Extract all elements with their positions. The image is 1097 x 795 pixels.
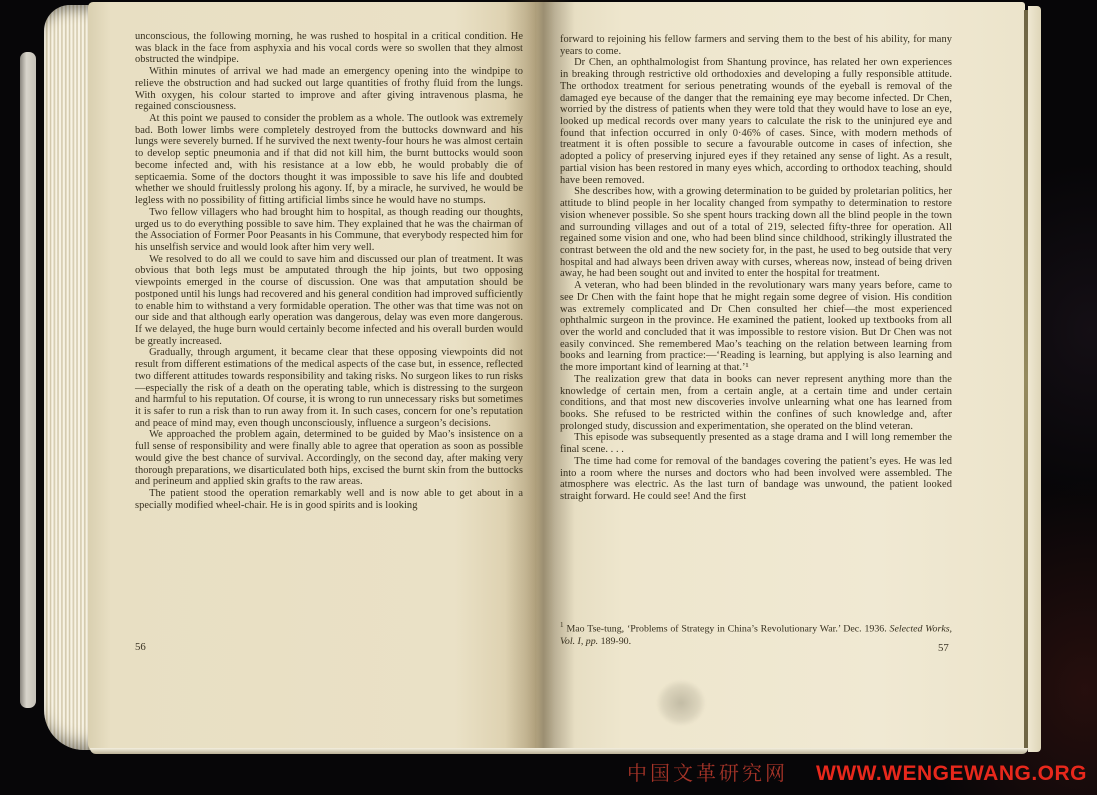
watermark-site-name: 中国文革研究网 [627, 757, 788, 786]
paragraph: She describes how, with a growing determ… [560, 186, 952, 280]
left-page-stack-edges [44, 5, 92, 750]
left-page-text: unconscious, the following morning, he w… [135, 31, 523, 511]
book-photo-scene: unconscious, the following morning, he w… [0, 0, 1097, 795]
paragraph: A veteran, who had been blinded in the r… [560, 280, 952, 374]
book-cover-edge [20, 52, 36, 708]
paragraph: We approached the problem again, determi… [135, 429, 523, 488]
watermark-site-url: WWW.WENGEWANG.ORG [816, 762, 1087, 786]
paragraph: Two fellow villagers who had brought him… [135, 207, 523, 254]
book-bottom-edge [90, 748, 1028, 754]
paragraph: Gradually, through argument, it became c… [135, 347, 523, 429]
footnote-tail: 189-90. [598, 636, 631, 647]
paragraph: The time had come for removal of the ban… [560, 456, 952, 503]
page-stain [648, 672, 714, 734]
footnote: 1Mao Tse-tung, ‘Problems of Strategy in … [560, 619, 952, 648]
paragraph: unconscious, the following morning, he w… [135, 31, 523, 66]
footnote-text: Mao Tse-tung, ‘Problems of Strategy in C… [567, 623, 890, 634]
footnote-marker: 1 [560, 621, 564, 629]
right-page-edge-strip [1028, 6, 1041, 752]
right-page-text: forward to rejoining his fellow farmers … [560, 34, 952, 503]
paragraph: We resolved to do all we could to save h… [135, 254, 523, 348]
paragraph: Dr Chen, an ophthalmologist from Shantun… [560, 57, 952, 186]
paragraph: forward to rejoining his fellow farmers … [560, 34, 952, 57]
left-page-number: 56 [135, 641, 146, 653]
paragraph: The patient stood the operation remarkab… [135, 488, 523, 511]
paragraph: This episode was subsequently presented … [560, 432, 952, 455]
watermark: 中国文革研究网 WWW.WENGEWANG.ORG [627, 757, 1087, 786]
paragraph: Within minutes of arrival we had made an… [135, 66, 523, 113]
paragraph: At this point we paused to consider the … [135, 113, 523, 207]
paragraph: The realization grew that data in books … [560, 374, 952, 433]
right-page-number: 57 [938, 642, 949, 654]
